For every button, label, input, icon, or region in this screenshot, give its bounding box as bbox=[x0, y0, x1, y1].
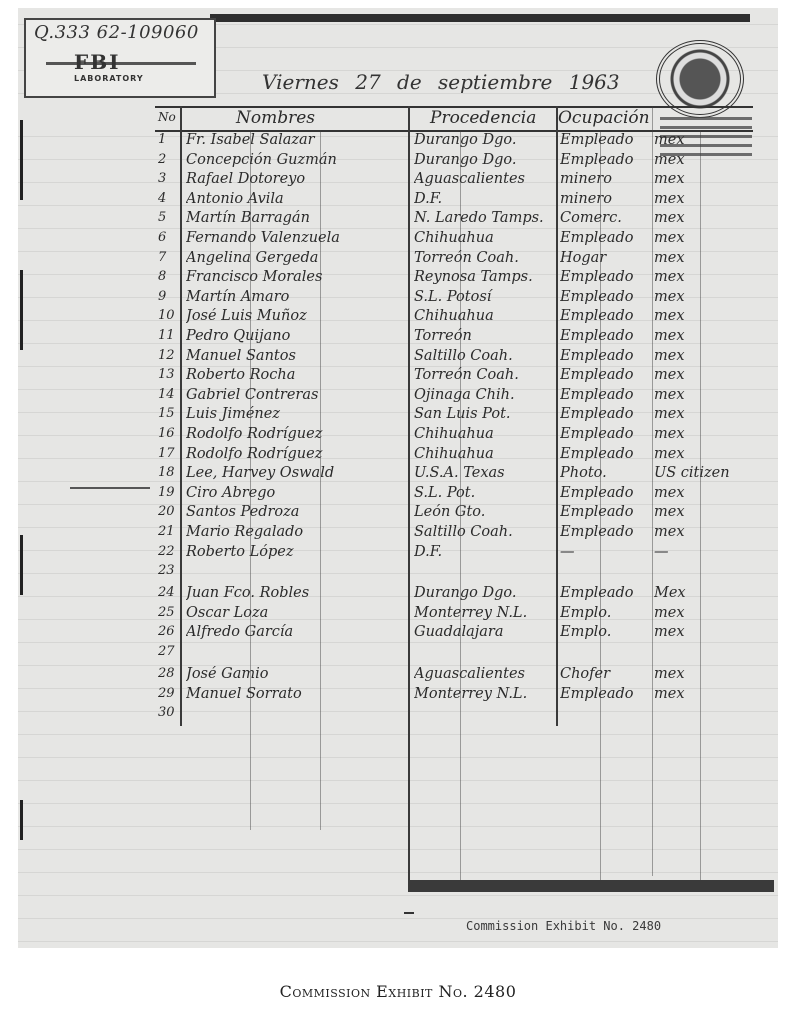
guest-name: Mario Regalado bbox=[186, 524, 408, 540]
guest-nationality: mex bbox=[654, 387, 774, 403]
guest-occupation: Empleado bbox=[560, 348, 652, 364]
guest-occupation: Comerc. bbox=[560, 210, 652, 226]
guest-nationality: — bbox=[654, 544, 774, 560]
row-number: 6 bbox=[158, 230, 180, 245]
guest-occupation: Empleado bbox=[560, 387, 652, 403]
guest-name: Rafael Dotoreyo bbox=[186, 171, 408, 187]
guest-name: Oscar Loza bbox=[186, 605, 408, 621]
guest-nationality: mex bbox=[654, 367, 774, 383]
row-number: 8 bbox=[158, 269, 180, 284]
row-number: 4 bbox=[158, 191, 180, 206]
row-number: 11 bbox=[158, 328, 180, 343]
guest-origin: Guadalajara bbox=[414, 624, 554, 640]
row-number: 26 bbox=[158, 624, 180, 639]
guest-name: Manuel Santos bbox=[186, 348, 408, 364]
guest-nationality: mex bbox=[654, 504, 774, 520]
row-number: 16 bbox=[158, 426, 180, 441]
guest-occupation: Empleado bbox=[560, 426, 652, 442]
guest-origin: Chihuahua bbox=[414, 426, 554, 442]
guest-name: Rodolfo Rodríguez bbox=[186, 426, 408, 442]
guest-name: Pedro Quijano bbox=[186, 328, 408, 344]
guest-origin: U.S.A. Texas bbox=[414, 465, 554, 481]
header-occupation: Ocupación bbox=[558, 108, 650, 128]
header-from: Procedencia bbox=[430, 108, 536, 128]
guest-occupation: Empleado bbox=[560, 308, 652, 324]
tick-mark bbox=[404, 912, 414, 914]
guest-origin: Aguascalientes bbox=[414, 171, 554, 187]
guest-origin: Chihuahua bbox=[414, 308, 554, 324]
row-number: 14 bbox=[158, 387, 180, 402]
guest-origin: Torreón Coah. bbox=[414, 250, 554, 266]
row-number: 23 bbox=[158, 563, 180, 578]
guest-nationality: Mex bbox=[654, 585, 774, 601]
guest-origin: Reynosa Tamps. bbox=[414, 269, 554, 285]
row-number: 3 bbox=[158, 171, 180, 186]
row-number: 15 bbox=[158, 406, 180, 421]
guest-nationality: US citizen bbox=[654, 465, 774, 481]
guest-occupation: Empleado bbox=[560, 485, 652, 501]
guest-occupation: Empleado bbox=[560, 132, 652, 148]
guest-nationality: mex bbox=[654, 250, 774, 266]
guest-occupation: minero bbox=[560, 191, 652, 207]
guest-nationality: mex bbox=[654, 171, 774, 187]
row-number: 13 bbox=[158, 367, 180, 382]
guest-name: Alfredo García bbox=[186, 624, 408, 640]
guest-occupation: Empleado bbox=[560, 152, 652, 168]
guest-occupation: Emplo. bbox=[560, 624, 652, 640]
row-number: 22 bbox=[158, 544, 180, 559]
guest-origin: Chihuahua bbox=[414, 446, 554, 462]
row-number: 24 bbox=[158, 585, 180, 600]
guest-occupation: Empleado bbox=[560, 406, 652, 422]
guest-nationality: mex bbox=[654, 210, 774, 226]
row-number: 28 bbox=[158, 666, 180, 681]
guest-occupation: — bbox=[560, 544, 652, 560]
guest-occupation: Hogar bbox=[560, 250, 652, 266]
guest-nationality: mex bbox=[654, 666, 774, 682]
header-name: Nombres bbox=[236, 108, 315, 128]
guest-origin: Ojinaga Chih. bbox=[414, 387, 554, 403]
row-number: 18 bbox=[158, 465, 180, 480]
table-row: 30 bbox=[0, 705, 796, 728]
guest-occupation: minero bbox=[560, 171, 652, 187]
guest-nationality: mex bbox=[654, 348, 774, 364]
row-number: 9 bbox=[158, 289, 180, 304]
guest-name: Fernando Valenzuela bbox=[186, 230, 408, 246]
guest-origin: Durango Dgo. bbox=[414, 152, 554, 168]
top-rule bbox=[210, 14, 750, 22]
guest-name: Manuel Sorrato bbox=[186, 686, 408, 702]
guest-name: Martín Barragán bbox=[186, 210, 408, 226]
row-number: 5 bbox=[158, 210, 180, 225]
guest-nationality: mex bbox=[654, 524, 774, 540]
guest-origin: Saltillo Coah. bbox=[414, 348, 554, 364]
guest-nationality: mex bbox=[654, 446, 774, 462]
guest-origin: San Luis Pot. bbox=[414, 406, 554, 422]
guest-origin: D.F. bbox=[414, 191, 554, 207]
guest-occupation: Chofer bbox=[560, 666, 652, 682]
guest-occupation: Empleado bbox=[560, 328, 652, 344]
guest-origin: N. Laredo Tamps. bbox=[414, 210, 554, 226]
row-number: 17 bbox=[158, 446, 180, 461]
typed-exhibit-caption: Commission Exhibit No. 2480 bbox=[466, 919, 661, 933]
guest-occupation: Empleado bbox=[560, 686, 652, 702]
row-number: 12 bbox=[158, 348, 180, 363]
guest-origin: Monterrey N.L. bbox=[414, 605, 554, 621]
guest-nationality: mex bbox=[654, 485, 774, 501]
guest-nationality: mex bbox=[654, 406, 774, 422]
guest-origin: Torreón bbox=[414, 328, 554, 344]
guest-name: Roberto Rocha bbox=[186, 367, 408, 383]
row-number: 21 bbox=[158, 524, 180, 539]
guest-occupation: Photo. bbox=[560, 465, 652, 481]
row-number: 1 bbox=[158, 132, 180, 147]
fbi-logo: FBI bbox=[74, 50, 120, 74]
guest-origin: S.L. Potosí bbox=[414, 289, 554, 305]
bottom-rule bbox=[408, 880, 774, 892]
guest-nationality: mex bbox=[654, 624, 774, 640]
guest-name: Luis Jiménez bbox=[186, 406, 408, 422]
row-number: 29 bbox=[158, 686, 180, 701]
guest-origin: D.F. bbox=[414, 544, 554, 560]
guest-name: Martín Amaro bbox=[186, 289, 408, 305]
guest-name: Roberto López bbox=[186, 544, 408, 560]
guest-name: Rodolfo Rodríguez bbox=[186, 446, 408, 462]
guest-origin: Monterrey N.L. bbox=[414, 686, 554, 702]
table-row: 27 bbox=[0, 644, 796, 667]
row-number: 7 bbox=[158, 250, 180, 265]
guest-occupation: Emplo. bbox=[560, 605, 652, 621]
guest-name: Gabriel Contreras bbox=[186, 387, 408, 403]
guest-origin: Aguascalientes bbox=[414, 666, 554, 682]
register-date: Viernes 27 de septiembre 1963 bbox=[262, 70, 620, 94]
guest-origin: Chihuahua bbox=[414, 230, 554, 246]
guest-nationality: mex bbox=[654, 308, 774, 324]
guest-nationality: mex bbox=[654, 191, 774, 207]
guest-name: Santos Pedroza bbox=[186, 504, 408, 520]
guest-origin: Durango Dgo. bbox=[414, 585, 554, 601]
guest-nationality: mex bbox=[654, 132, 774, 148]
guest-occupation: Empleado bbox=[560, 504, 652, 520]
guest-occupation: Empleado bbox=[560, 269, 652, 285]
guest-occupation: Empleado bbox=[560, 524, 652, 540]
fbi-reference-number: Q.333 62-109060 bbox=[34, 22, 199, 43]
row-number: 30 bbox=[158, 705, 180, 720]
row-number: 20 bbox=[158, 504, 180, 519]
guest-occupation: Empleado bbox=[560, 446, 652, 462]
row-number: 19 bbox=[158, 485, 180, 500]
guest-nationality: mex bbox=[654, 686, 774, 702]
guest-name: Ciro Ábrego bbox=[186, 485, 408, 501]
guest-nationality: mex bbox=[654, 605, 774, 621]
header-number: No bbox=[158, 110, 176, 124]
guest-nationality: mex bbox=[654, 230, 774, 246]
guest-origin: Saltillo Coah. bbox=[414, 524, 554, 540]
row-number: 10 bbox=[158, 308, 180, 323]
guest-nationality: mex bbox=[654, 426, 774, 442]
guest-origin: León Gto. bbox=[414, 504, 554, 520]
guest-name: Fr. Isabel Salazar bbox=[186, 132, 408, 148]
row-number: 27 bbox=[158, 644, 180, 659]
guest-name: Concepción Guzmán bbox=[186, 152, 408, 168]
guest-name: Antonio Ávila bbox=[186, 191, 408, 207]
guest-nationality: mex bbox=[654, 328, 774, 344]
guest-occupation: Empleado bbox=[560, 230, 652, 246]
guest-occupation: Empleado bbox=[560, 585, 652, 601]
guest-name: Juan Fco. Robles bbox=[186, 585, 408, 601]
scales-bar-icon bbox=[46, 62, 196, 65]
fbi-laboratory-label: LABORATORY bbox=[74, 74, 144, 83]
guest-name: Angelina Gergeda bbox=[186, 250, 408, 266]
guest-name: José Luis Muñoz bbox=[186, 308, 408, 324]
guest-nationality: mex bbox=[654, 152, 774, 168]
guest-nationality: mex bbox=[654, 289, 774, 305]
guest-occupation: Empleado bbox=[560, 289, 652, 305]
table-row: 23 bbox=[0, 563, 796, 586]
guest-name: Francisco Morales bbox=[186, 269, 408, 285]
row-number: 25 bbox=[158, 605, 180, 620]
guest-name: Lee, Harvey Oswald bbox=[186, 465, 408, 481]
row-number: 2 bbox=[158, 152, 180, 167]
guest-nationality: mex bbox=[654, 269, 774, 285]
exhibit-caption: Commission Exhibit No. 2480 bbox=[0, 982, 796, 1001]
guest-origin: S.L. Pot. bbox=[414, 485, 554, 501]
guest-origin: Torreón Coah. bbox=[414, 367, 554, 383]
left-edge-mark bbox=[20, 800, 23, 840]
guest-name: José Gamio bbox=[186, 666, 408, 682]
guest-occupation: Empleado bbox=[560, 367, 652, 383]
guest-origin: Durango Dgo. bbox=[414, 132, 554, 148]
fbi-laboratory-stamp: Q.333 62-109060 FBI LABORATORY bbox=[24, 18, 216, 98]
